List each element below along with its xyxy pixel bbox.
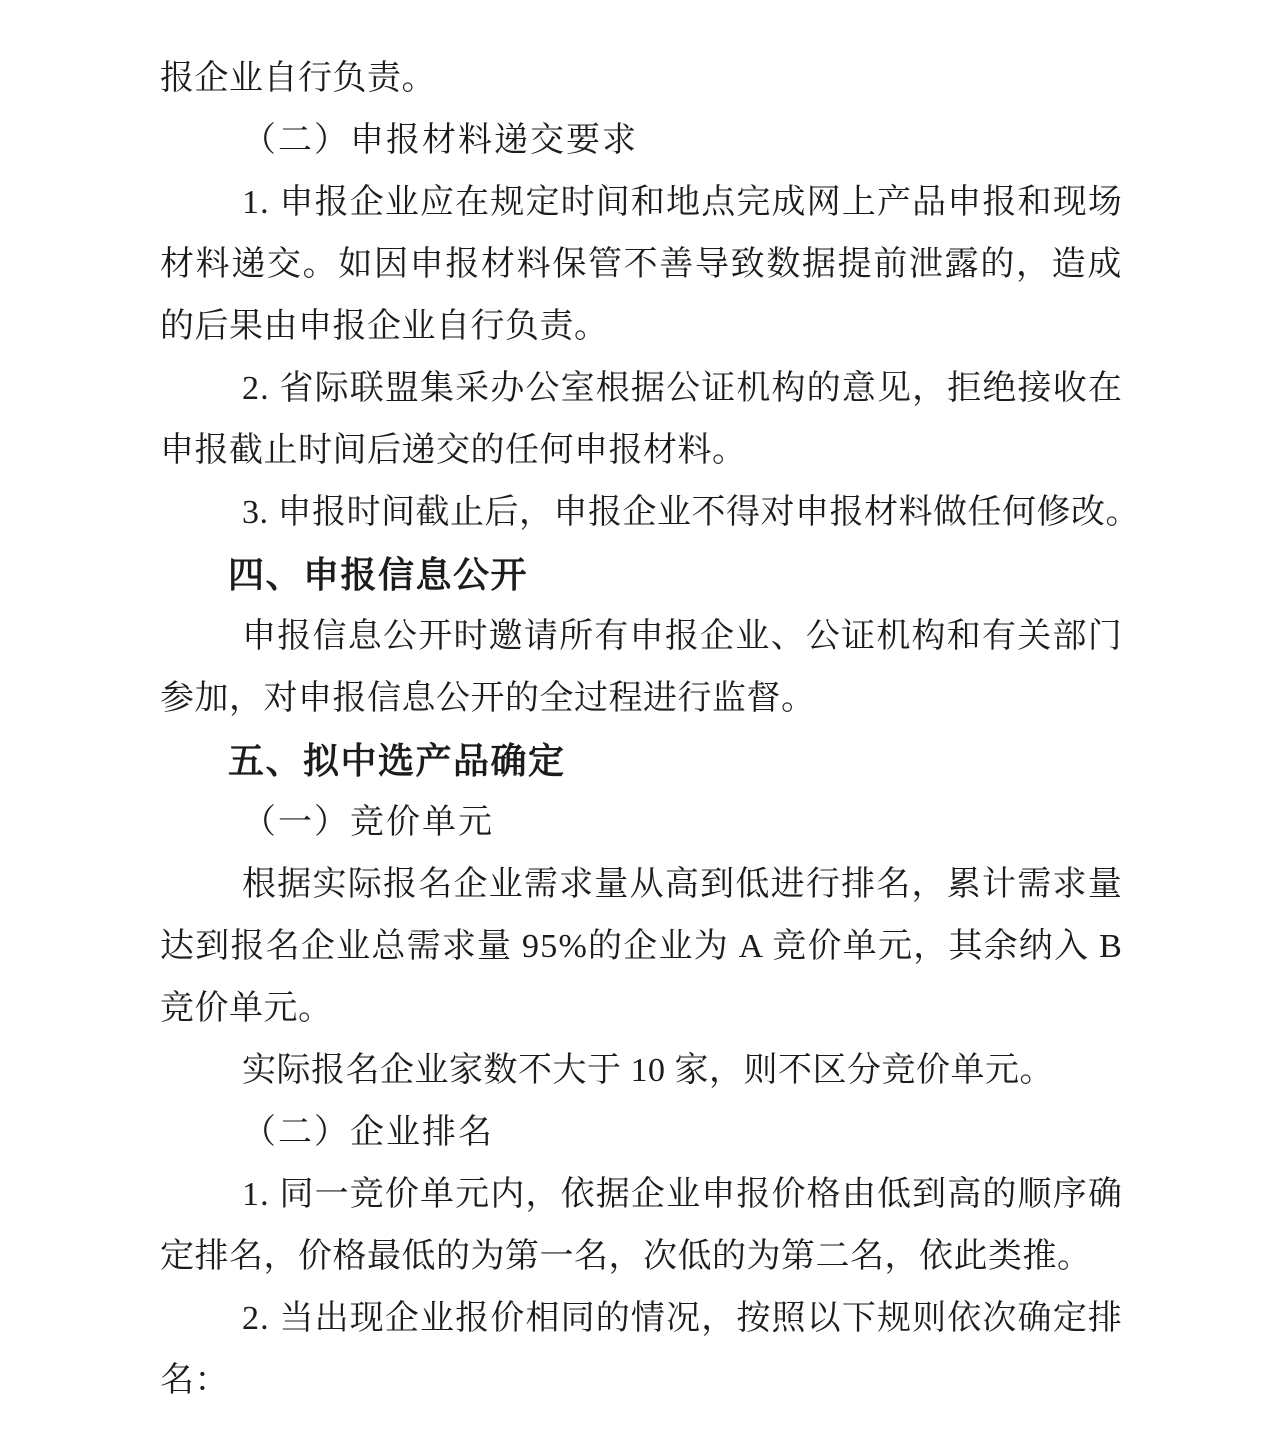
- paragraph-line: 名：: [160, 1350, 1123, 1412]
- line-text: 2. 省际联盟集采办公室根据公证机构的意见，拒绝接收在: [242, 370, 1123, 407]
- line-text: 名：: [160, 1362, 229, 1399]
- line-text: 达到报名企业总需求量 95%的企业为 A 竞价单元，其余纳入 B: [160, 928, 1123, 965]
- paragraph-line: 的后果由申报企业自行负责。: [160, 296, 1123, 358]
- line-text: 定排名，价格最低的为第一名，次低的为第二名，依此类推。: [160, 1238, 1092, 1275]
- paragraph-continuation-line: 报企业自行负责。: [160, 48, 1123, 110]
- subsection-heading-material-submission: （二）申报材料递交要求: [160, 110, 1123, 172]
- document-text-block: 报企业自行负责。 （二）申报材料递交要求 1. 申报企业应在规定时间和地点完成网…: [160, 0, 1123, 1412]
- line-text: 参加，对申报信息公开的全过程进行监督。: [160, 680, 816, 717]
- line-text: 根据实际报名企业需求量从高到低进行排名，累计需求量: [242, 866, 1123, 903]
- line-text: 申报截止时间后递交的任何申报材料。: [160, 432, 747, 469]
- paragraph-line: 2. 省际联盟集采办公室根据公证机构的意见，拒绝接收在: [160, 358, 1123, 420]
- paragraph-line: 申报信息公开时邀请所有申报企业、公证机构和有关部门: [160, 606, 1123, 668]
- paragraph-line: 1. 同一竞价单元内，依据企业申报价格由低到高的顺序确: [160, 1164, 1123, 1226]
- section-heading-product-selection: 五、拟中选产品确定: [160, 730, 1123, 792]
- line-text: 1. 同一竞价单元内，依据企业申报价格由低到高的顺序确: [242, 1176, 1123, 1213]
- line-text: （二）申报材料递交要求: [242, 122, 638, 159]
- paragraph-line: 2. 当出现企业报价相同的情况，按照以下规则依次确定排: [160, 1288, 1123, 1350]
- line-text: 竞价单元。: [160, 990, 333, 1027]
- line-text: 的后果由申报企业自行负责。: [160, 308, 609, 345]
- line-text: 2. 当出现企业报价相同的情况，按照以下规则依次确定排: [242, 1300, 1123, 1337]
- paragraph-line: 竞价单元。: [160, 978, 1123, 1040]
- line-text: 五、拟中选产品确定: [228, 740, 566, 781]
- line-text: 四、申报信息公开: [228, 554, 528, 595]
- line-text: 申报信息公开时邀请所有申报企业、公证机构和有关部门: [242, 618, 1123, 655]
- paragraph-line: 达到报名企业总需求量 95%的企业为 A 竞价单元，其余纳入 B: [160, 916, 1123, 978]
- line-text: 3. 申报时间截止后，申报企业不得对申报材料做任何修改。: [242, 494, 1140, 531]
- subsection-heading-bidding-unit: （一）竞价单元: [160, 792, 1123, 854]
- line-text: （一）竞价单元: [242, 804, 494, 841]
- paragraph-line: 参加，对申报信息公开的全过程进行监督。: [160, 668, 1123, 730]
- paragraph-line: 3. 申报时间截止后，申报企业不得对申报材料做任何修改。: [160, 482, 1123, 544]
- paragraph-line: 实际报名企业家数不大于 10 家，则不区分竞价单元。: [160, 1040, 1123, 1102]
- paragraph-line: 申报截止时间后递交的任何申报材料。: [160, 420, 1123, 482]
- line-text: 报企业自行负责。: [160, 60, 436, 97]
- paragraph-line: 材料递交。如因申报材料保管不善导致数据提前泄露的，造成: [160, 234, 1123, 296]
- subsection-heading-enterprise-ranking: （二）企业排名: [160, 1102, 1123, 1164]
- paragraph-line: 定排名，价格最低的为第一名，次低的为第二名，依此类推。: [160, 1226, 1123, 1288]
- paragraph-line: 根据实际报名企业需求量从高到低进行排名，累计需求量: [160, 854, 1123, 916]
- line-text: 1. 申报企业应在规定时间和地点完成网上产品申报和现场: [242, 184, 1123, 221]
- document-page: 报企业自行负责。 （二）申报材料递交要求 1. 申报企业应在规定时间和地点完成网…: [0, 0, 1280, 1453]
- section-heading-info-disclosure: 四、申报信息公开: [160, 544, 1123, 606]
- line-text: 材料递交。如因申报材料保管不善导致数据提前泄露的，造成: [160, 246, 1123, 283]
- line-text: （二）企业排名: [242, 1114, 494, 1151]
- paragraph-line: 1. 申报企业应在规定时间和地点完成网上产品申报和现场: [160, 172, 1123, 234]
- line-text: 实际报名企业家数不大于 10 家，则不区分竞价单元。: [242, 1052, 1054, 1089]
